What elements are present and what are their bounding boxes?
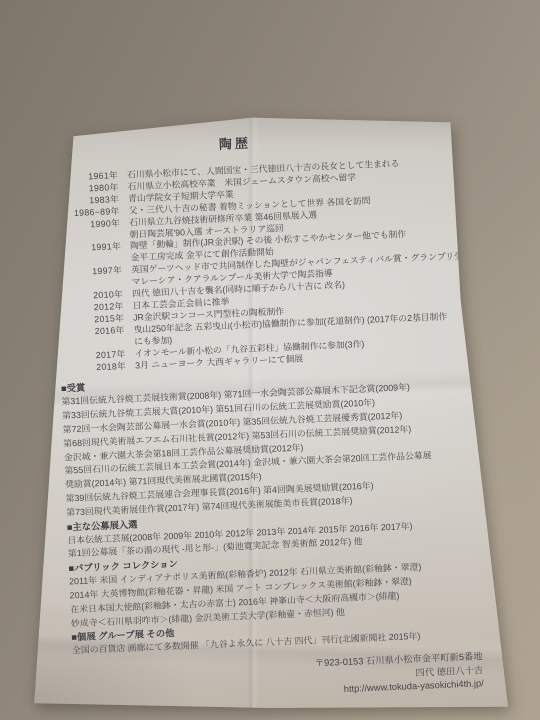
document-content: 陶歴 1961年石川県小松市にて、人間国宝・三代徳田八十吉の長女として生まれる1… [14, 98, 523, 718]
timeline-year: 2018年 [72, 360, 126, 374]
footer: 〒923-0153 石川県小松市金平町新5番地 四代 徳田八十吉 http://… [67, 650, 500, 709]
document-title: 陶歴 [45, 125, 425, 160]
sections: ■受賞第31回伝統九谷焼工芸展技術賞(2008年) 第71回一水会陶芸部公募展木… [61, 365, 498, 658]
photo-background: 陶歴 1961年石川県小松市にて、人間国宝・三代徳田八十吉の長女として生まれる1… [0, 0, 540, 720]
paper-document: 陶歴 1961年石川県小松市にて、人間国宝・三代徳田八十吉の長女として生まれる1… [26, 108, 510, 708]
section: ■受賞第31回伝統九谷焼工芸展技術賞(2008年) 第71回一水会陶芸部公募展木… [61, 365, 492, 520]
paper-wrap: 陶歴 1961年石川県小松市にて、人間国宝・三代徳田八十吉の長女として生まれる1… [26, 108, 510, 708]
timeline: 1961年石川県小松市にて、人間国宝・三代徳田八十吉の長女として生まれる1980… [64, 155, 486, 375]
